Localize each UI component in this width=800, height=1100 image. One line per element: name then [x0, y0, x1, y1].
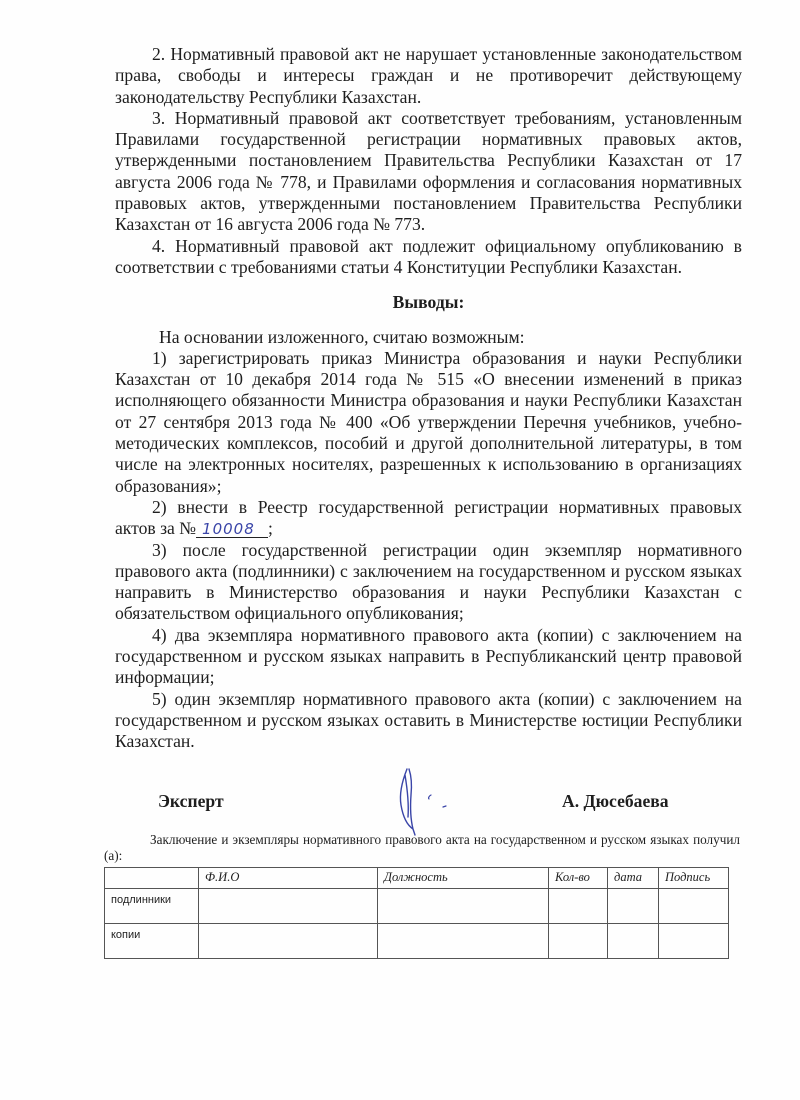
table-cell — [378, 924, 549, 959]
receipt-table-header-row: Ф.И.О Должность Кол-во дата Подпись — [105, 868, 729, 889]
table-cell — [549, 924, 608, 959]
receipt-table: Ф.И.О Должность Кол-во дата Подпись подл… — [104, 867, 729, 959]
header-cell-blank — [105, 868, 199, 889]
conclusion-item-2-suffix: ; — [268, 518, 273, 538]
table-cell — [378, 889, 549, 924]
signature-block: Эксперт А. Дюсебаева — [115, 769, 742, 837]
table-cell — [608, 889, 659, 924]
receipt-note: Заключение и экземпляры нормативного пра… — [104, 832, 740, 864]
conclusion-item-3: 3) после государственной регистрации оди… — [115, 540, 742, 625]
table-row: подлинники — [105, 889, 729, 924]
expert-title: Эксперт — [158, 791, 224, 812]
document-body: 2. Нормативный правовой акт не нарушает … — [115, 44, 742, 837]
table-cell — [659, 889, 729, 924]
handwritten-signature-icon — [393, 765, 463, 837]
expert-name: А. Дюсебаева — [562, 791, 669, 812]
conclusions-lead: На основании изложенного, считаю возможн… — [115, 327, 742, 348]
table-row: копии — [105, 924, 729, 959]
finding-paragraph-4: 4. Нормативный правовой акт подлежит офи… — [115, 236, 742, 279]
finding-paragraph-3: 3. Нормативный правовой акт соответствуе… — [115, 108, 742, 236]
table-cell — [659, 924, 729, 959]
conclusion-item-5: 5) один экземпляр нормативного правового… — [115, 689, 742, 753]
row-label-copies: копии — [105, 924, 199, 959]
conclusions-heading: Выводы: — [115, 292, 742, 313]
table-cell — [549, 889, 608, 924]
header-cell-quantity: Кол-во — [549, 868, 608, 889]
table-cell — [199, 924, 378, 959]
table-cell — [199, 889, 378, 924]
header-cell-signature: Подпись — [659, 868, 729, 889]
row-label-originals: подлинники — [105, 889, 199, 924]
header-cell-position: Должность — [378, 868, 549, 889]
header-cell-fio: Ф.И.О — [199, 868, 378, 889]
registry-number-handwritten: 10008 — [196, 522, 268, 538]
conclusion-item-2: 2) внести в Реестр государственной регис… — [115, 497, 742, 540]
header-cell-date: дата — [608, 868, 659, 889]
conclusion-item-1: 1) зарегистрировать приказ Министра обра… — [115, 348, 742, 497]
conclusion-item-4: 4) два экземпляра нормативного правового… — [115, 625, 742, 689]
table-cell — [608, 924, 659, 959]
finding-paragraph-2: 2. Нормативный правовой акт не нарушает … — [115, 44, 742, 108]
